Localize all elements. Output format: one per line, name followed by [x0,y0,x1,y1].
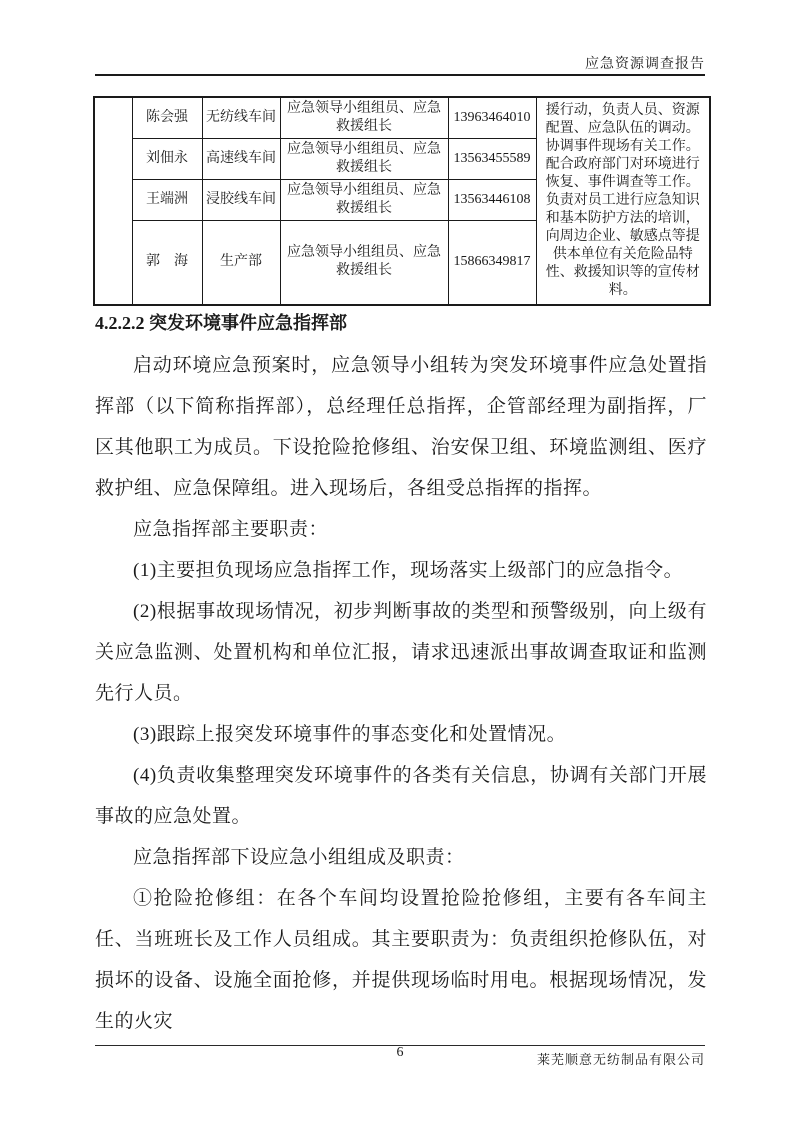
paragraph: 应急指挥部下设应急小组组成及职责： [95,837,707,878]
contacts-table: 陈会强 无纺线车间 应急领导小组组员、应急救援组长 13963464010 援行… [93,96,711,306]
header-rule [95,74,705,76]
cell-phone: 13963464010 [448,97,536,139]
cell-phone: 13563446108 [448,180,536,221]
paragraph: (2)根据事故现场情况，初步判断事故的类型和预警级别，向上级有关应急监测、处置机… [95,591,707,714]
cell-duties-continued: 援行动，负责人员、资源配置、应急队伍的调动。协调事件现场有关工作。配合政府部门对… [536,97,710,305]
cell-phone: 15866349817 [448,221,536,305]
paragraph: (3)跟踪上报突发环境事件的事态变化和处置情况。 [95,714,707,755]
cell-department: 生产部 [202,221,280,305]
cell-phone: 13563455589 [448,139,536,180]
cell-role: 应急领导小组组员、应急救援组长 [280,139,448,180]
document-page: 应急资源调查报告 陈会强 无纺线车间 应急领导小组组员、应急救援组长 13963… [0,0,800,1131]
cell-name: 郭 海 [132,221,202,305]
cell-department: 无纺线车间 [202,97,280,139]
contacts-table-wrap: 陈会强 无纺线车间 应急领导小组组员、应急救援组长 13963464010 援行… [93,96,711,306]
company-name: 莱芜顺意无纺制品有限公司 [95,1049,705,1068]
paragraph: 启动环境应急预案时，应急领导小组转为突发环境事件应急处置指挥部（以下简称指挥部）… [95,345,707,509]
cell-name: 刘佃永 [132,139,202,180]
cell-department: 高速线车间 [202,139,280,180]
paragraph: (4)负责收集整理突发环境事件的各类有关信息，协调有关部门开展事故的应急处置。 [95,755,707,837]
cell-department: 浸胶线车间 [202,180,280,221]
paragraph: 应急指挥部主要职责： [95,509,707,550]
section-heading: 4.2.2.2 突发环境事件应急指挥部 [95,310,707,336]
cell-role: 应急领导小组组员、应急救援组长 [280,180,448,221]
cell-name: 陈会强 [132,97,202,139]
header-title: 应急资源调查报告 [95,53,705,73]
cell-role: 应急领导小组组员、应急救援组长 [280,97,448,139]
cell-name: 王端洲 [132,180,202,221]
cell-empty-merged [94,97,132,305]
paragraph: (1)主要担负现场应急指挥工作，现场落实上级部门的应急指令。 [95,550,707,591]
paragraph: ①抢险抢修组：在各个车间均设置抢险抢修组，主要有各车间主任、当班班长及工作人员组… [95,878,707,1042]
table-row: 陈会强 无纺线车间 应急领导小组组员、应急救援组长 13963464010 援行… [94,97,710,139]
cell-role: 应急领导小组组员、应急救援组长 [280,221,448,305]
body-text: 启动环境应急预案时，应急领导小组转为突发环境事件应急处置指挥部（以下简称指挥部）… [95,345,707,1042]
